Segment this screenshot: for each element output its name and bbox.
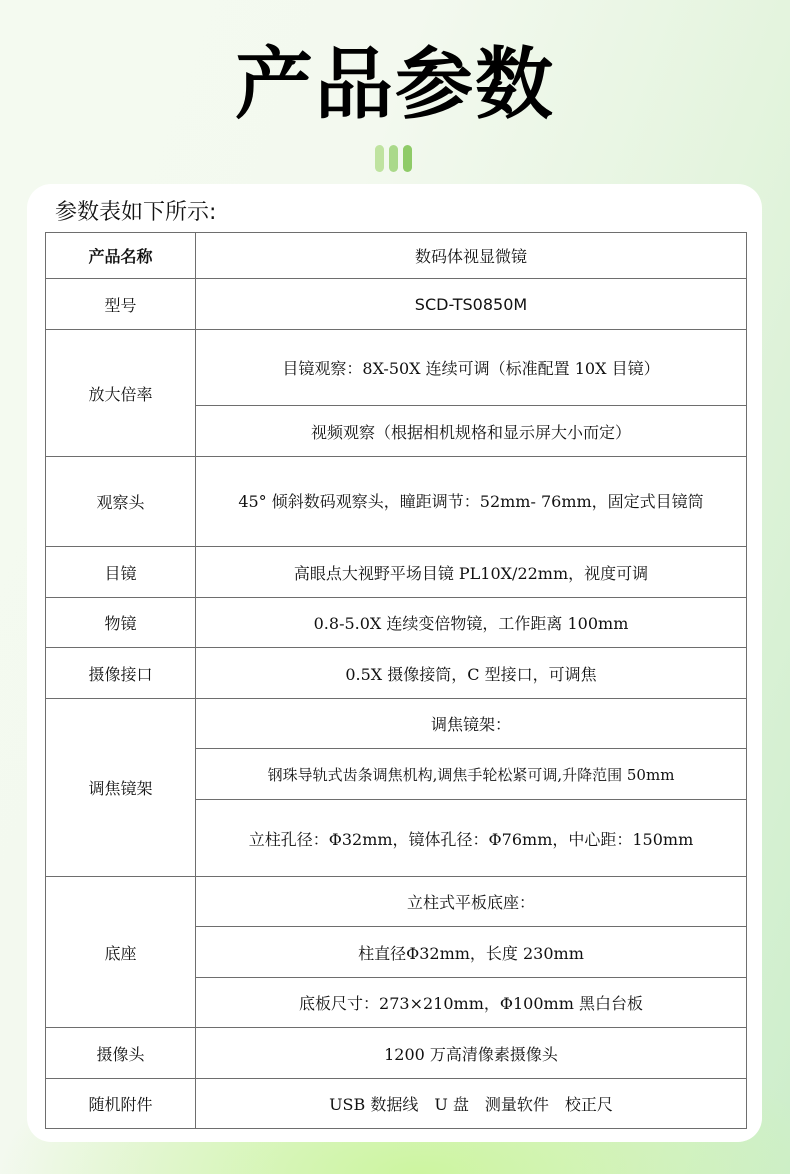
row-label: 随机附件: [46, 1079, 196, 1129]
table-row: 放大倍率 目镜观察：8X-50X 连续可调（标准配置 10X 目镜）: [46, 330, 747, 406]
table-row: 底座 立柱式平板底座：: [46, 877, 747, 927]
intro-text: 参数表如下所示:: [55, 198, 216, 228]
page-title: 产品参数: [0, 40, 790, 130]
row-value: 高眼点大视野平场目镜 PL10X/22mm，视度可调: [196, 547, 747, 598]
row-label: 调焦镜架: [46, 699, 196, 877]
bar-icon: [389, 145, 398, 172]
row-value: 底板尺寸：273×210mm，Φ100mm 黑白台板: [196, 978, 747, 1028]
row-label: 目镜: [46, 547, 196, 598]
row-value: 0.8-5.0X 连续变倍物镜，工作距离 100mm: [196, 598, 747, 648]
row-label: 摄像接口: [46, 648, 196, 699]
bar-icon: [375, 145, 384, 172]
row-value: SCD-TS0850M: [196, 279, 747, 330]
table-row: 目镜 高眼点大视野平场目镜 PL10X/22mm，视度可调: [46, 547, 747, 598]
row-label: 型号: [46, 279, 196, 330]
row-label: 摄像头: [46, 1028, 196, 1079]
row-value: 柱直径Φ32mm，长度 230mm: [196, 927, 747, 978]
table-row: 产品名称 数码体视显微镜: [46, 233, 747, 279]
row-value: 1200 万高清像素摄像头: [196, 1028, 747, 1079]
row-value: 目镜观察：8X-50X 连续可调（标准配置 10X 目镜）: [196, 330, 747, 406]
table-row: 随机附件 USB 数据线 U 盘 测量软件 校正尺: [46, 1079, 747, 1129]
spec-table: 产品名称 数码体视显微镜 型号 SCD-TS0850M 放大倍率 目镜观察：8X…: [45, 232, 747, 1129]
row-label: 观察头: [46, 457, 196, 547]
table-row: 型号 SCD-TS0850M: [46, 279, 747, 330]
table-row: 摄像接口 0.5X 摄像接筒，C 型接口，可调焦: [46, 648, 747, 699]
row-value: 钢珠导轨式齿条调焦机构,调焦手轮松紧可调,升降范围 50mm: [196, 749, 747, 800]
row-value: 数码体视显微镜: [196, 233, 747, 279]
row-value: 视频观察（根据相机规格和显示屏大小而定）: [196, 406, 747, 457]
bar-icon: [403, 145, 412, 172]
table-row: 观察头 45° 倾斜数码观察头，瞳距调节：52mm- 76mm，固定式目镜筒: [46, 457, 747, 547]
row-label: 物镜: [46, 598, 196, 648]
row-value: 立柱孔径：Φ32mm，镜体孔径：Φ76mm，中心距：150mm: [196, 800, 747, 877]
row-value: 立柱式平板底座：: [196, 877, 747, 927]
row-value: 0.5X 摄像接筒，C 型接口，可调焦: [196, 648, 747, 699]
row-label: 放大倍率: [46, 330, 196, 457]
table-row: 调焦镜架 调焦镜架：: [46, 699, 747, 749]
row-value: 调焦镜架：: [196, 699, 747, 749]
row-value: 45° 倾斜数码观察头，瞳距调节：52mm- 76mm，固定式目镜筒: [196, 457, 747, 547]
row-label: 产品名称: [46, 233, 196, 279]
row-label: 底座: [46, 877, 196, 1028]
table-row: 物镜 0.8-5.0X 连续变倍物镜，工作距离 100mm: [46, 598, 747, 648]
table-row: 摄像头 1200 万高清像素摄像头: [46, 1028, 747, 1079]
row-value: USB 数据线 U 盘 测量软件 校正尺: [196, 1079, 747, 1129]
decorative-bars: [375, 145, 412, 172]
